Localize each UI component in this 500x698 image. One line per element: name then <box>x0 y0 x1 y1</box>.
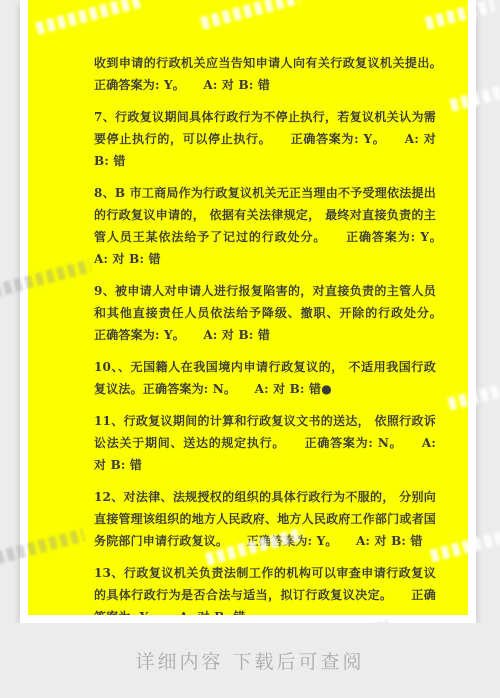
highlighted-content-area: 收到申请的行政机关应当告知申请人向有关行政复议机关提出。 正确答案为: Y。 A… <box>28 0 468 615</box>
question-block-13: 13、行政复议机关负责法制工作的机构可以审查申请行政复议的具体行政行为是否合法与… <box>94 562 436 615</box>
question-block-9: 9、被申请人对申请人进行报复陷害的，对直接负责的主管人员和其他直接责任人员依法给… <box>94 280 436 346</box>
footer-caption: 详细内容 下载后可查阅 <box>135 647 364 674</box>
question-block-8: 8、B 市工商局作为行政复议机关无正当理由不予受理依法提出的行政复议申请的， 依… <box>94 182 436 270</box>
footer-bar: 详细内容 下载后可查阅 <box>0 623 500 698</box>
question-block-12: 12、对法律、法规授权的组织的具体行政行为不服的， 分别向直接管理该组织的地方人… <box>94 486 436 552</box>
question-block-10: 10、、无国籍人在我国境内申请行政复议的， 不适用我国行政复议法。正确答案为: … <box>94 356 436 400</box>
question-block-7: 7、行政复议期间具体行政行为不停止执行，若复议机关认为需要停止执行的，可以停止执… <box>94 106 436 172</box>
question-block-continuation: 收到申请的行政机关应当告知申请人向有关行政复议机关提出。 正确答案为: Y。 A… <box>94 52 436 96</box>
document-page: 收到申请的行政机关应当告知申请人向有关行政复议机关提出。 正确答案为: Y。 A… <box>20 0 476 623</box>
question-block-11: 11、行政复议期间的计算和行政复议文书的送达， 依照行政诉讼法关于期间、送达的规… <box>94 410 436 476</box>
